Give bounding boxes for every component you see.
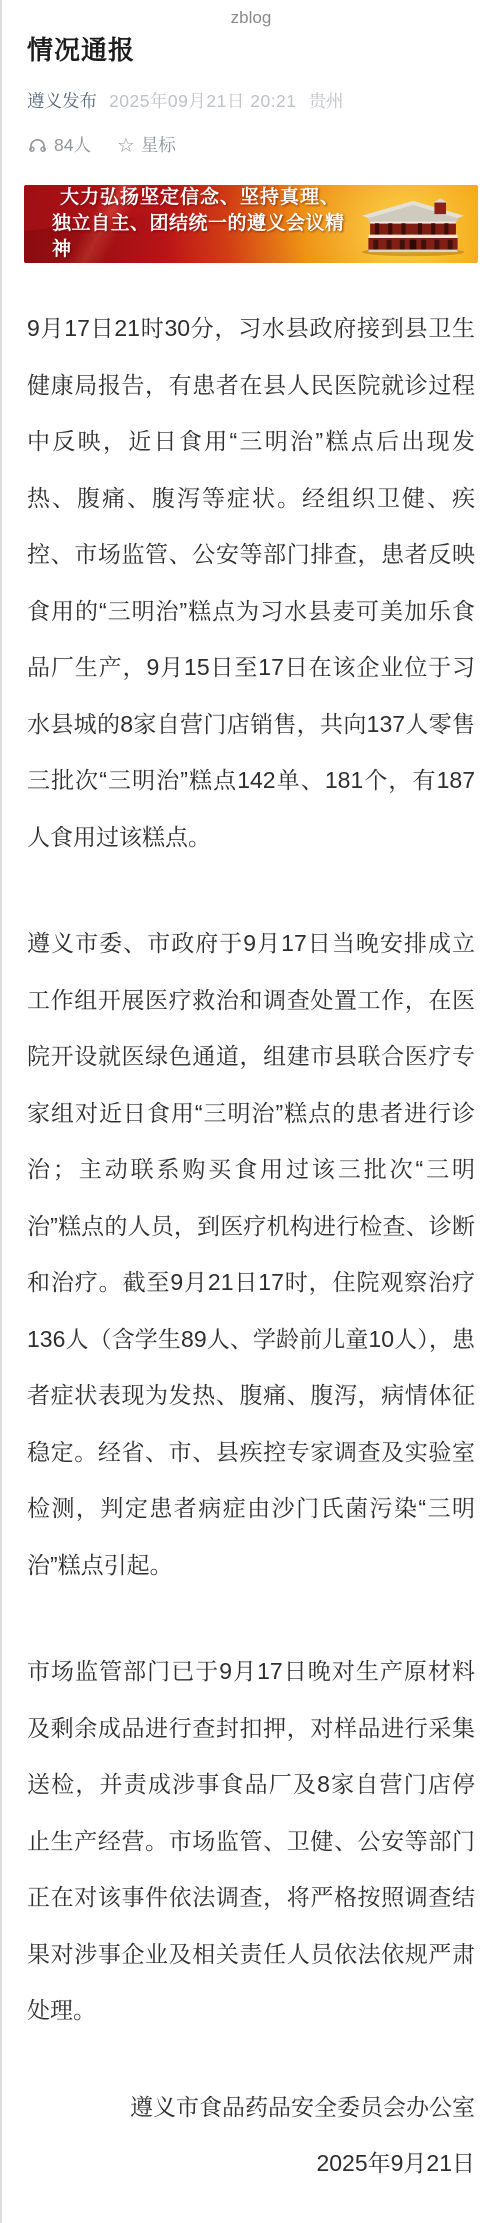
signature-block: 遵义市食品药品安全委员会办公室 2025年9月21日: [27, 2079, 475, 2192]
zunyi-conference-site-building-image: [354, 191, 472, 257]
listen-count[interactable]: 84人: [27, 133, 91, 158]
publish-datetime: 2025年09月21日 20:21: [109, 89, 297, 114]
publish-region: 贵州: [309, 89, 344, 114]
star-label: 星标: [141, 133, 176, 158]
signature-office: 遵义市食品药品安全委员会办公室: [27, 2079, 475, 2136]
article-meta-actions: 84人 ☆ 星标: [27, 133, 475, 158]
signature-date: 2025年9月21日: [27, 2135, 475, 2192]
banner-slogan: 大力弘扬坚定信念、坚持真理、 独立自主、团结统一的遵义会议精神: [24, 185, 360, 263]
article-body: 9月17日21时30分，习水县政府接到县卫生健康局报告，有患者在县人民医院就诊过…: [27, 300, 475, 2039]
banner-slogan-line1: 大力弘扬坚定信念、坚持真理、: [24, 185, 360, 211]
paragraph: 9月17日21时30分，习水县政府接到县卫生健康局报告，有患者在县人民医院就诊过…: [27, 300, 475, 865]
banner-slogan-line2: 独立自主、团结统一的遵义会议精神: [24, 211, 360, 263]
star-button[interactable]: ☆ 星标: [117, 133, 176, 158]
star-icon: ☆: [117, 136, 135, 156]
headphones-icon: [27, 135, 48, 156]
author-link[interactable]: 遵义发布: [27, 89, 97, 114]
paragraph: 遵义市委、市政府于9月17日当晚安排成立工作组开展医疗救治和调查处置工作，在医院…: [27, 915, 475, 1593]
page-watermark: zblog: [2, 0, 500, 31]
paragraph: 市场监管部门已于9月17日晚对生产原材料及剩余成品进行查封扣押，对样品进行采集送…: [27, 1643, 475, 2039]
listen-count-label: 84人: [54, 133, 91, 158]
article-meta: 遵义发布 2025年09月21日 20:21 贵州: [27, 89, 475, 114]
zunyi-spirit-banner[interactable]: 大力弘扬坚定信念、坚持真理、 独立自主、团结统一的遵义会议精神: [24, 185, 478, 263]
page-title: 情况通报: [27, 33, 475, 67]
